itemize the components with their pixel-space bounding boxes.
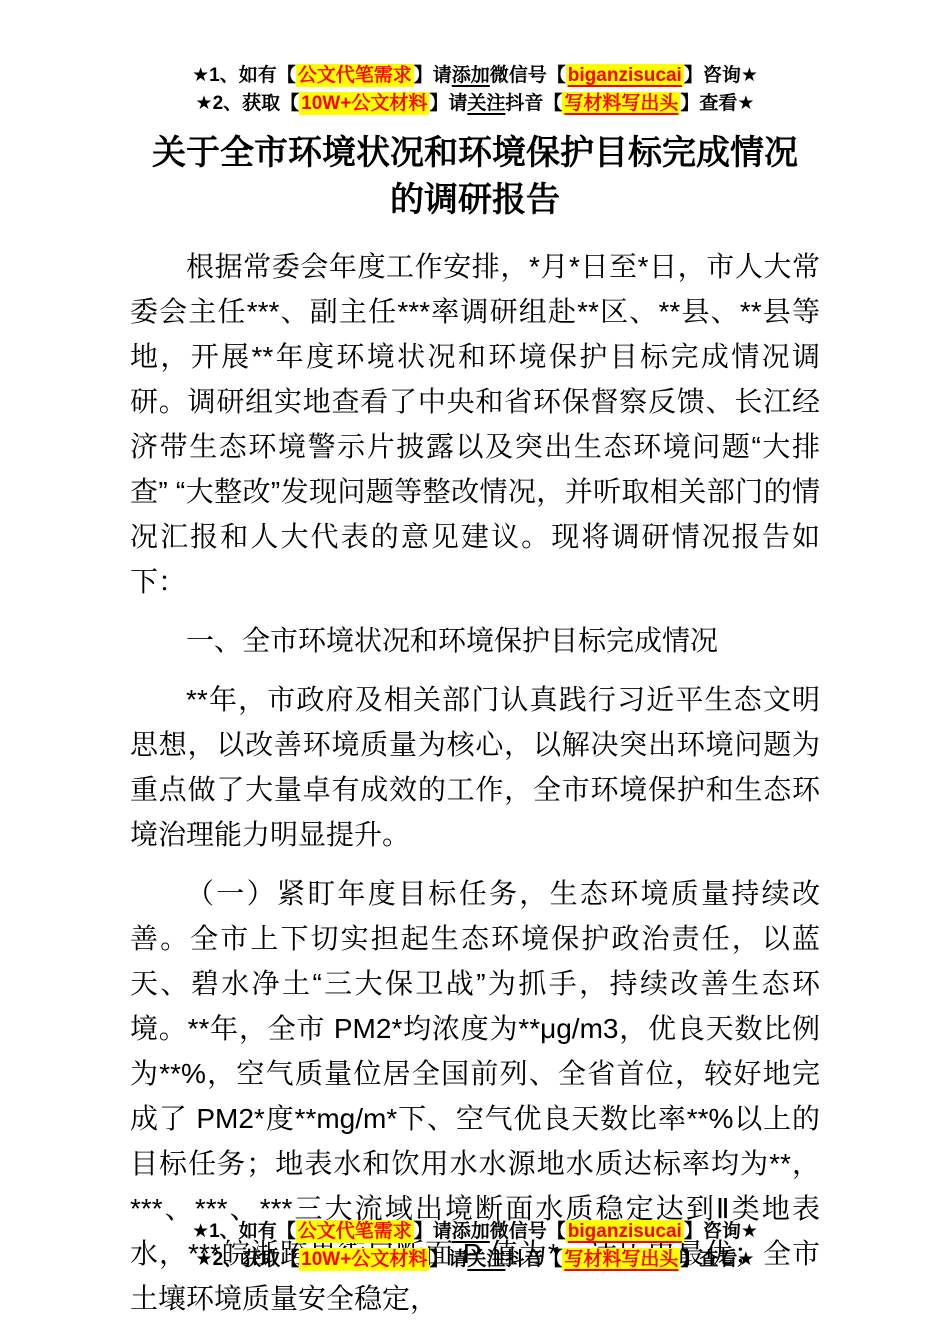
notice-segment: 】请 — [414, 1221, 452, 1242]
footer-notice-line-2: ★2、获取【10W+公文材料】请关注抖音【写材料写出头】查看★ — [0, 1246, 950, 1274]
notice-segment: 】咨询★ — [684, 1221, 758, 1242]
notice-segment: 】请 — [429, 93, 467, 114]
notice-segment: 】咨询★ — [684, 65, 758, 86]
notice-segment: 】查看★ — [680, 93, 754, 114]
document-page: ★1、如有【公文代笔需求】请添加微信号【biganzisucai】咨询★ ★2、… — [0, 0, 950, 1344]
notice-segment: 10W+公文材料 — [299, 92, 429, 115]
document-title: 关于全市环境状况和环境保护目标完成情况 的调研报告 — [0, 130, 950, 224]
notice-segment: ★2、获取【 — [196, 1249, 300, 1270]
notice-segment: 添加 — [452, 65, 490, 86]
notice-segment: 抖音【 — [505, 1249, 562, 1270]
footer-notice: ★1、如有【公文代笔需求】请添加微信号【biganzisucai】咨询★ ★2、… — [0, 1218, 950, 1274]
notice-segment: ★1、如有【 — [192, 1221, 296, 1242]
notice-segment: 写材料写出头 — [562, 92, 680, 115]
notice-segment: 】请 — [414, 65, 452, 86]
notice-segment: 公文代笔需求 — [296, 64, 414, 87]
notice-segment: 微信号【 — [490, 1221, 566, 1242]
notice-segment: 添加 — [452, 1221, 490, 1242]
header-notice: ★1、如有【公文代笔需求】请添加微信号【biganzisucai】咨询★ ★2、… — [0, 0, 950, 118]
notice-segment: 关注 — [467, 1249, 505, 1270]
document-title-line-1: 关于全市环境状况和环境保护目标完成情况 — [0, 130, 950, 177]
section-heading-1: 一、全市环境状况和环境保护目标完成情况 — [130, 618, 820, 663]
notice-segment: ★2、获取【 — [196, 93, 300, 114]
paragraph-intro: 根据常委会年度工作安排，*月*日至*日，市人大常委会主任***、副主任***率调… — [130, 244, 820, 604]
notice-segment: 微信号【 — [490, 65, 566, 86]
document-body: 根据常委会年度工作安排，*月*日至*日，市人大常委会主任***、副主任***率调… — [0, 244, 950, 1321]
notice-segment: 公文代笔需求 — [296, 1220, 414, 1243]
notice-segment: 】请 — [429, 1249, 467, 1270]
paragraph-overview: **年，市政府及相关部门认真践行习近平生态文明思想，以改善环境质量为核心，以解决… — [130, 677, 820, 857]
header-notice-line-2: ★2、获取【10W+公文材料】请关注抖音【写材料写出头】查看★ — [0, 90, 950, 118]
document-title-line-2: 的调研报告 — [0, 177, 950, 224]
notice-segment: 10W+公文材料 — [299, 1248, 429, 1271]
notice-segment: 写材料写出头 — [562, 1248, 680, 1271]
notice-segment: biganzisucai — [566, 1220, 684, 1243]
notice-segment: ★1、如有【 — [192, 65, 296, 86]
notice-segment: 】查看★ — [680, 1249, 754, 1270]
notice-segment: biganzisucai — [566, 64, 684, 87]
notice-segment: 关注 — [467, 93, 505, 114]
notice-segment: 抖音【 — [505, 93, 562, 114]
header-notice-line-1: ★1、如有【公文代笔需求】请添加微信号【biganzisucai】咨询★ — [0, 62, 950, 90]
footer-notice-line-1: ★1、如有【公文代笔需求】请添加微信号【biganzisucai】咨询★ — [0, 1218, 950, 1246]
